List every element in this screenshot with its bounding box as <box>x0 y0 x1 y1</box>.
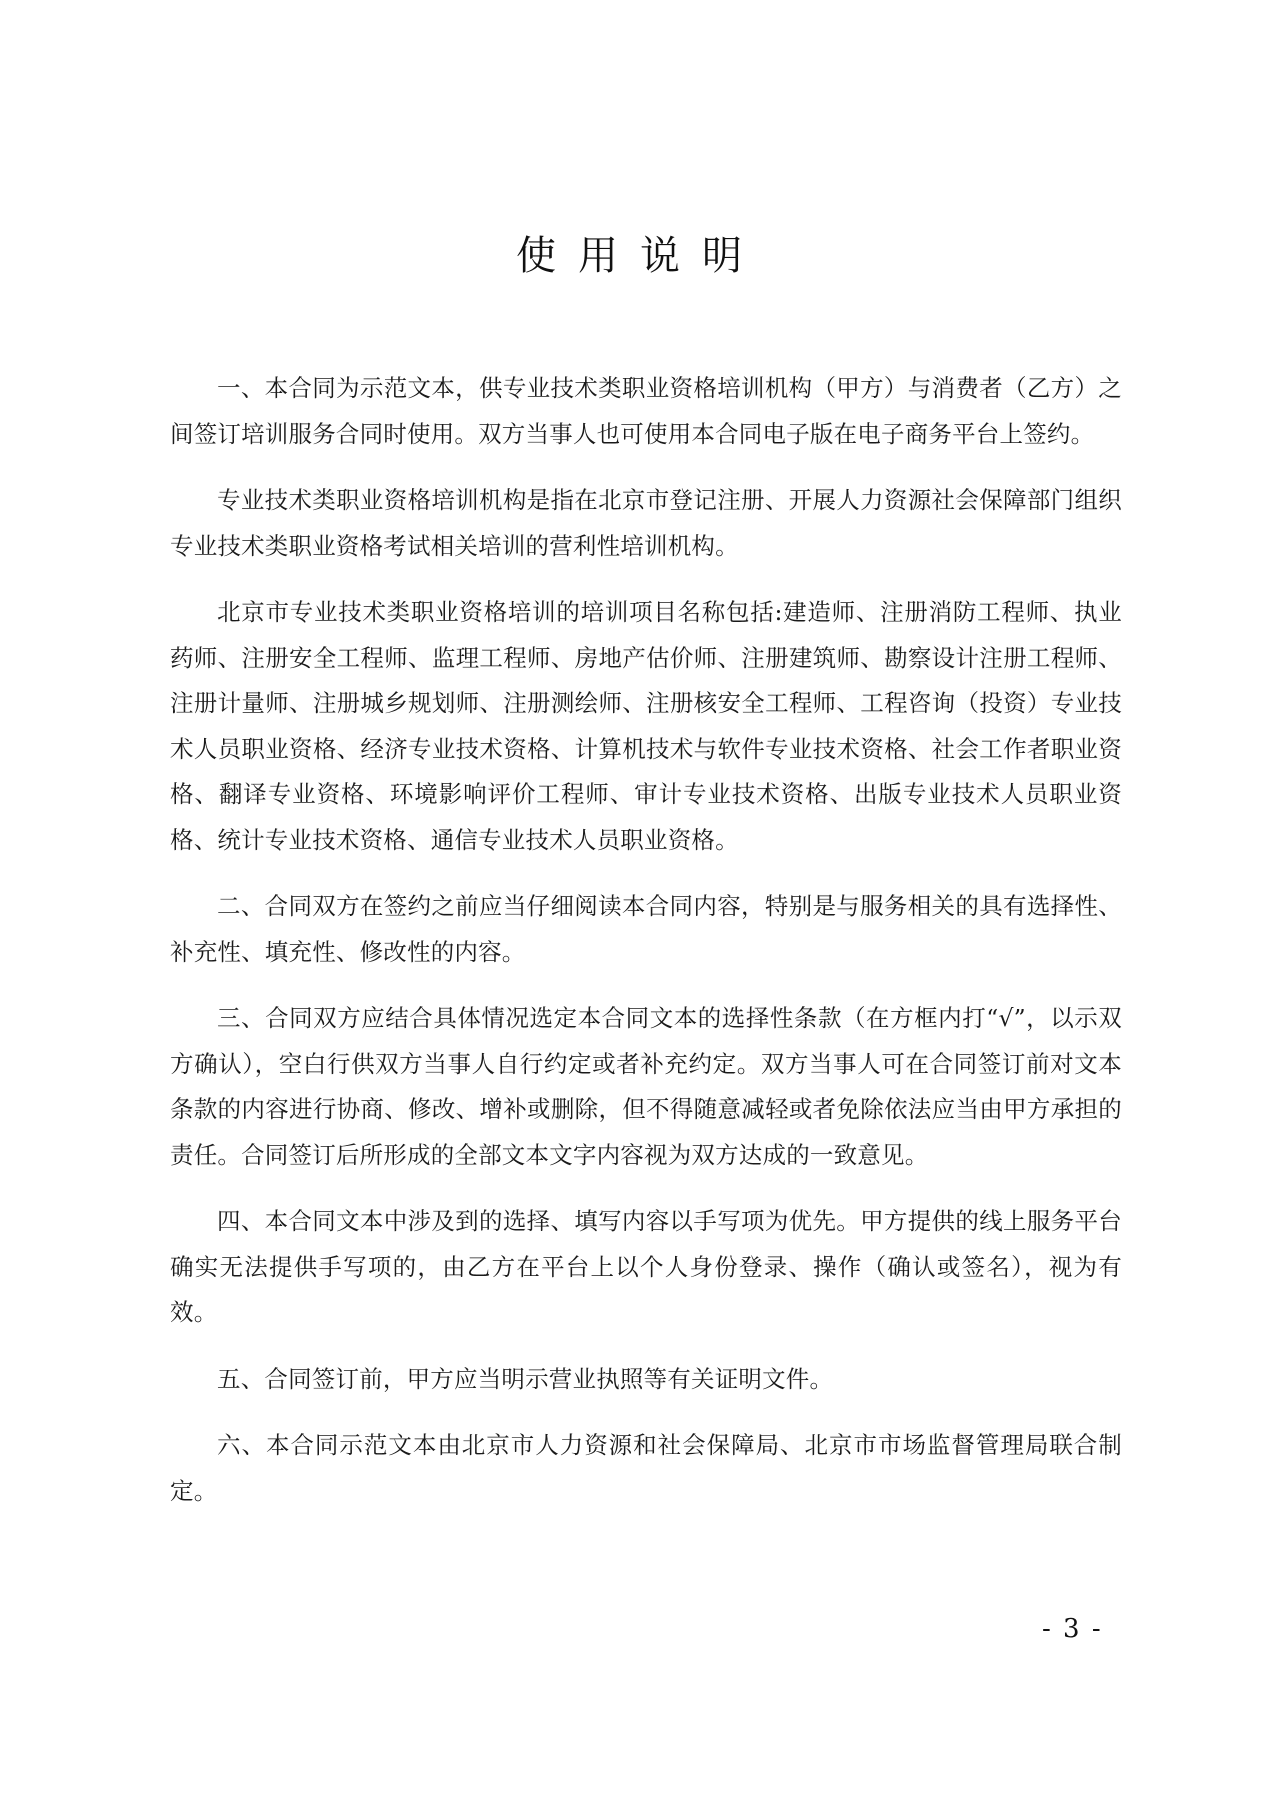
document-page: 使用说明 一、本合同为示范文本，供专业技术类职业资格培训机构（甲方）与消费者（乙… <box>0 0 1280 1810</box>
paragraph-8: 六、本合同示范文本由北京市人力资源和社会保障局、北京市市场监督管理局联合制定。 <box>170 1423 1122 1514</box>
page-number: - 3 - <box>1042 1614 1103 1644</box>
document-body: 一、本合同为示范文本，供专业技术类职业资格培训机构（甲方）与消费者（乙方）之间签… <box>170 366 1122 1535</box>
paragraph-3: 北京市专业技术类职业资格培训的培训项目名称包括:建造师、注册消防工程师、执业药师… <box>170 590 1122 863</box>
page-title: 使用说明 <box>0 228 1280 284</box>
paragraph-5: 三、合同双方应结合具体情况选定本合同文本的选择性条款（在方框内打“√”，以示双方… <box>170 996 1122 1178</box>
paragraph-2: 专业技术类职业资格培训机构是指在北京市登记注册、开展人力资源社会保障部门组织专业… <box>170 478 1122 569</box>
paragraph-6: 四、本合同文本中涉及到的选择、填写内容以手写项为优先。甲方提供的线上服务平台确实… <box>170 1199 1122 1336</box>
paragraph-1: 一、本合同为示范文本，供专业技术类职业资格培训机构（甲方）与消费者（乙方）之间签… <box>170 366 1122 457</box>
paragraph-7: 五、合同签订前，甲方应当明示营业执照等有关证明文件。 <box>170 1357 1122 1403</box>
paragraph-4: 二、合同双方在签约之前应当仔细阅读本合同内容，特别是与服务相关的具有选择性、补充… <box>170 884 1122 975</box>
